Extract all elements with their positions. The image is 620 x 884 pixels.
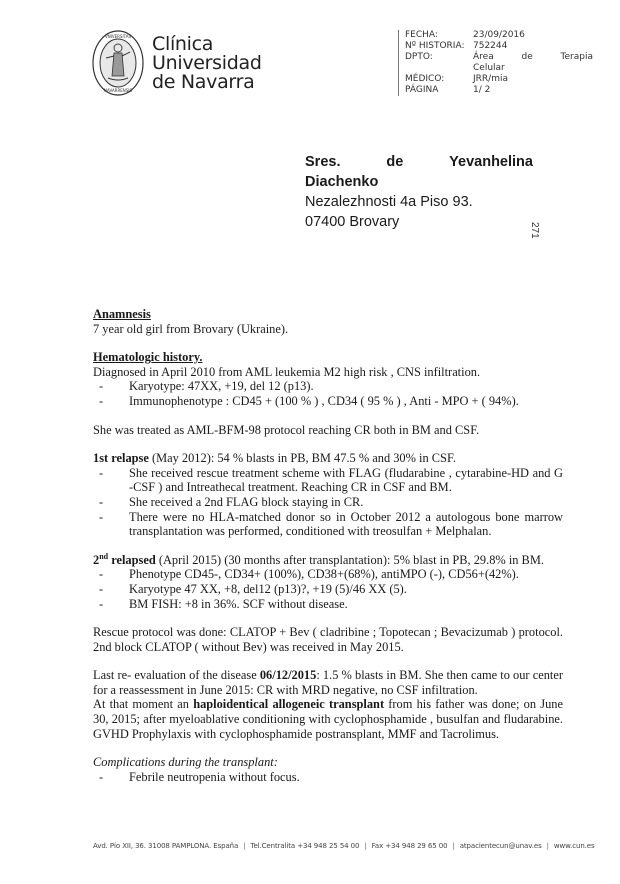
dpto-value-line2: Celular (473, 63, 593, 74)
list-item: She received a 2nd FLAG block staying in… (129, 495, 563, 510)
list-item: Febrile neutropenia without focus. (129, 770, 563, 785)
rescue-text: Rescue protocol was done: CLATOP + Bev (… (93, 625, 563, 654)
info-row-medico: MÉDICO: JRR/mia (405, 74, 593, 85)
fecha-label: FECHA: (405, 30, 473, 41)
pagina-label: PÁGINA (405, 85, 473, 96)
name-word: Yevanhelina (449, 152, 533, 172)
clinic-name-line-2: Universidad (152, 54, 262, 73)
info-row-dpto: DPTO: Área de Terapia (405, 52, 593, 63)
info-row-fecha: FECHA: 23/09/2016 (405, 30, 593, 41)
clinic-name-line-3: de Navarra (152, 73, 262, 92)
name-word: de (386, 152, 403, 172)
recipient-street: Nezalezhnosti 4a Piso 93. (305, 192, 533, 212)
recipient-address: Sres. de Yevanhelina Diachenko Nezalezhn… (305, 152, 533, 232)
document-page: VNIVERSITAS NAVARRENSIS Clínica Universi… (0, 0, 620, 884)
medico-value: JRR/mia (473, 74, 593, 85)
footer-separator: | (364, 842, 366, 850)
historia-label: Nº HISTORIA: (405, 41, 473, 52)
relapse2-line: 2nd relapsed (April 2015) (30 months aft… (93, 553, 563, 568)
info-row-pagina: PÁGINA 1/ 2 (405, 85, 593, 96)
anamnesis-heading: Anamnesis (93, 307, 563, 322)
medico-label: MÉDICO: (405, 74, 473, 85)
list-item: BM FISH: +8 in 36%. SCF without disease. (129, 597, 563, 612)
fecha-value: 23/09/2016 (473, 30, 593, 41)
anamnesis-text: 7 year old girl from Brovary (Ukraine). (93, 322, 563, 337)
relapse2-word: relapsed (108, 553, 156, 567)
historia-value: 752244 (473, 41, 593, 52)
footer-phone: Tel.Centralita +34 948 25 54 00 (250, 842, 359, 850)
recipient-name-line-1: Sres. de Yevanhelina (305, 152, 533, 172)
clinic-name: Clínica Universidad de Navarra (152, 35, 262, 92)
clinic-logo: VNIVERSITAS NAVARRENSIS Clínica Universi… (92, 30, 262, 96)
footer-separator: | (243, 842, 245, 850)
relapse2-sup: nd (99, 552, 108, 561)
treatment-text: She was treated as AML-BFM-98 protocol r… (93, 423, 563, 438)
footer-separator: | (452, 842, 454, 850)
list-item: She received rescue treatment scheme wit… (129, 466, 563, 495)
relapse1-text: (May 2012): 54 % blasts in PB, BM 47.5 %… (149, 451, 456, 465)
diagnosis-text: Diagnosed in April 2010 from AML leukemi… (93, 365, 563, 380)
hematologic-heading: Hematologic history. (93, 350, 563, 365)
transplant-text: At that moment an haploidentical allogen… (93, 697, 563, 741)
footer-address: Avd. Pío XII, 36. 31008 PAMPLONA. España (93, 842, 238, 850)
footer-fax: Fax +34 948 29 65 00 (372, 842, 448, 850)
relapse2-text: (April 2015) (30 months after transplant… (156, 553, 544, 567)
transplant-pre: At that moment an (93, 697, 193, 711)
svg-text:NAVARRENSIS: NAVARRENSIS (104, 88, 132, 93)
page-footer: Avd. Pío XII, 36. 31008 PAMPLONA. España… (93, 842, 595, 850)
pagina-value: 1/ 2 (473, 85, 593, 96)
page-stamp-number: 271 (529, 222, 540, 239)
list-item: Karyotype: 47XX, +19, del 12 (p13). (129, 379, 563, 394)
report-body: Anamnesis 7 year old girl from Brovary (… (93, 307, 563, 784)
relapse2-list: Phenotype CD45-, CD34+ (100%), CD38+(68%… (93, 567, 563, 611)
name-word: Sres. (305, 152, 340, 172)
reeval-date: 06/12/2015 (260, 668, 316, 682)
dpto-label: DPTO: (405, 52, 473, 63)
transplant-type: haploidentical allogeneic transplant (193, 697, 384, 711)
diagnosis-list: Karyotype: 47XX, +19, del 12 (p13). Immu… (93, 379, 563, 408)
dpto-word: de (522, 52, 533, 63)
list-item: Phenotype CD45-, CD34+ (100%), CD38+(68%… (129, 567, 563, 582)
svg-text:VNIVERSITAS: VNIVERSITAS (105, 34, 132, 39)
info-row-historia: Nº HISTORIA: 752244 (405, 41, 593, 52)
list-item: There were no HLA-matched donor so in Oc… (129, 510, 563, 539)
footer-email: atpacientecun@unav.es (460, 842, 542, 850)
complications-list: Febrile neutropenia without focus. (93, 770, 563, 785)
reeval-pre: Last re- evaluation of the disease (93, 668, 260, 682)
recipient-name-line-2: Diachenko (305, 172, 533, 192)
relapse2-label: 2nd relapsed (93, 553, 156, 567)
dpto-word: Área (473, 52, 494, 63)
clinic-name-line-1: Clínica (152, 35, 262, 54)
relapse1-list: She received rescue treatment scheme wit… (93, 466, 563, 539)
relapse1-label: 1st relapse (93, 451, 149, 465)
info-row-dpto-cont: Celular (405, 63, 593, 74)
recipient-city: 07400 Brovary (305, 212, 533, 232)
complications-heading: Complications during the transplant: (93, 755, 563, 770)
dpto-value: Área de Terapia (473, 52, 593, 63)
footer-separator: | (547, 842, 549, 850)
footer-web: www.cun.es (554, 842, 595, 850)
document-info-box: FECHA: 23/09/2016 Nº HISTORIA: 752244 DP… (398, 30, 593, 96)
list-item: Immunophenotype : CD45 + (100 % ) , CD34… (129, 394, 563, 409)
reevaluation-text: Last re- evaluation of the disease 06/12… (93, 668, 563, 697)
list-item: Karyotype 47 XX, +8, del12 (p13)?, +19 (… (129, 582, 563, 597)
university-seal-icon: VNIVERSITAS NAVARRENSIS (92, 30, 144, 96)
dpto-word: Terapia (561, 52, 593, 63)
relapse1-line: 1st relapse (May 2012): 54 % blasts in P… (93, 451, 563, 466)
